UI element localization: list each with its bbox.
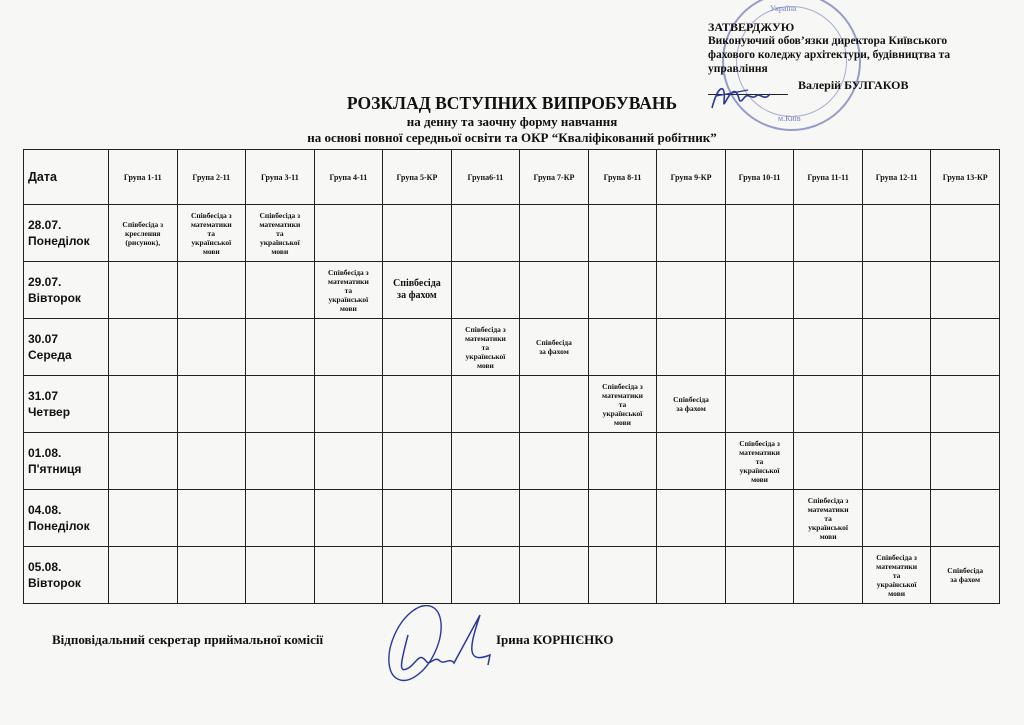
empty-cell — [794, 376, 863, 433]
empty-cell — [725, 490, 794, 547]
empty-cell — [862, 490, 931, 547]
empty-cell — [520, 490, 589, 547]
empty-cell — [588, 205, 657, 262]
exam-cell: Співбесіда з математики та української м… — [862, 547, 931, 604]
exam-cell: Співбесіда з математики та української м… — [177, 205, 246, 262]
column-header-group: Група 10-11 — [725, 150, 794, 205]
schedule-table: Дата Група 1-11Група 2-11Група 3-11Група… — [23, 149, 1000, 604]
column-header-date: Дата — [24, 150, 109, 205]
empty-cell — [177, 433, 246, 490]
column-header-group: Група 4-11 — [314, 150, 383, 205]
date-cell: 31.07 Четвер — [24, 376, 109, 433]
stamp-top-text: Україна — [770, 4, 796, 13]
empty-cell — [657, 490, 726, 547]
empty-cell — [794, 205, 863, 262]
empty-cell — [383, 433, 452, 490]
approval-position-line2: фахового коледжу архітектури, будівництв… — [708, 48, 1008, 62]
empty-cell — [657, 433, 726, 490]
empty-cell — [314, 376, 383, 433]
exam-cell: Співбесіда за фахом — [383, 262, 452, 319]
date-cell: 28.07. Понеділок — [24, 205, 109, 262]
empty-cell — [109, 376, 178, 433]
empty-cell — [177, 319, 246, 376]
exam-cell: Співбесіда з креслення (рисунок), — [109, 205, 178, 262]
column-header-group: Група 13-КР — [931, 150, 1000, 205]
column-header-group: Група 12-11 — [862, 150, 931, 205]
empty-cell — [862, 205, 931, 262]
empty-cell — [314, 547, 383, 604]
exam-cell: Співбесіда з математики та української м… — [451, 319, 520, 376]
exam-cell: Співбесіда з математики та української м… — [725, 433, 794, 490]
empty-cell — [177, 262, 246, 319]
empty-cell — [588, 490, 657, 547]
empty-cell — [109, 547, 178, 604]
exam-cell: Співбесіда з математики та української м… — [794, 490, 863, 547]
empty-cell — [931, 319, 1000, 376]
document-title: РОЗКЛАД ВСТУПНИХ ВИПРОБУВАНЬ — [0, 93, 1024, 114]
exam-cell: Співбесіда за фахом — [931, 547, 1000, 604]
empty-cell — [725, 262, 794, 319]
approval-block: ЗАТВЕРДЖУЮ Виконуючий обов’язки директор… — [708, 20, 1008, 76]
empty-cell — [314, 319, 383, 376]
table-row: 28.07. ПонеділокСпівбесіда з креслення (… — [24, 205, 1000, 262]
empty-cell — [725, 205, 794, 262]
empty-cell — [177, 547, 246, 604]
table-row: 01.08. П'ятницяСпівбесіда з математики т… — [24, 433, 1000, 490]
exam-cell: Співбесіда з математики та української м… — [588, 376, 657, 433]
empty-cell — [588, 262, 657, 319]
exam-cell: Співбесіда за фахом — [657, 376, 726, 433]
empty-cell — [451, 205, 520, 262]
table-header-row: Дата Група 1-11Група 2-11Група 3-11Група… — [24, 150, 1000, 205]
empty-cell — [725, 376, 794, 433]
empty-cell — [862, 376, 931, 433]
empty-cell — [177, 376, 246, 433]
empty-cell — [520, 547, 589, 604]
table-row: 30.07 СередаСпівбесіда з математики та у… — [24, 319, 1000, 376]
empty-cell — [588, 319, 657, 376]
column-header-group: Група 5-КР — [383, 150, 452, 205]
approval-heading: ЗАТВЕРДЖУЮ — [708, 20, 1008, 34]
empty-cell — [109, 433, 178, 490]
empty-cell — [246, 262, 315, 319]
empty-cell — [246, 376, 315, 433]
empty-cell — [383, 319, 452, 376]
empty-cell — [794, 547, 863, 604]
approval-position-line1: Виконуючий обов’язки директора Київськог… — [708, 34, 1008, 48]
empty-cell — [314, 205, 383, 262]
empty-cell — [451, 490, 520, 547]
document-subtitle-1: на денну та заочну форму навчання — [0, 114, 1024, 130]
column-header-group: Група 9-КР — [657, 150, 726, 205]
empty-cell — [451, 262, 520, 319]
column-header-group: Група 8-11 — [588, 150, 657, 205]
empty-cell — [931, 205, 1000, 262]
date-cell: 01.08. П'ятниця — [24, 433, 109, 490]
empty-cell — [520, 376, 589, 433]
column-header-group: Група 11-11 — [794, 150, 863, 205]
empty-cell — [862, 433, 931, 490]
empty-cell — [383, 490, 452, 547]
empty-cell — [794, 262, 863, 319]
empty-cell — [109, 319, 178, 376]
empty-cell — [177, 490, 246, 547]
empty-cell — [246, 547, 315, 604]
table-row: 04.08. ПонеділокСпівбесіда з математики … — [24, 490, 1000, 547]
empty-cell — [383, 376, 452, 433]
date-cell: 05.08. Вівторок — [24, 547, 109, 604]
empty-cell — [520, 205, 589, 262]
empty-cell — [657, 205, 726, 262]
exam-cell: Співбесіда з математики та української м… — [314, 262, 383, 319]
empty-cell — [794, 433, 863, 490]
document-subtitle-2: на основі повної середньої освіти та ОКР… — [0, 130, 1024, 146]
empty-cell — [314, 490, 383, 547]
empty-cell — [588, 433, 657, 490]
empty-cell — [931, 490, 1000, 547]
exam-cell: Співбесіда з математики та української м… — [246, 205, 315, 262]
empty-cell — [862, 262, 931, 319]
empty-cell — [451, 433, 520, 490]
empty-cell — [520, 433, 589, 490]
date-cell: 30.07 Середа — [24, 319, 109, 376]
empty-cell — [246, 433, 315, 490]
empty-cell — [451, 547, 520, 604]
exam-cell: Співбесіда за фахом — [520, 319, 589, 376]
empty-cell — [931, 376, 1000, 433]
column-header-group: Група 3-11 — [246, 150, 315, 205]
empty-cell — [109, 490, 178, 547]
empty-cell — [383, 205, 452, 262]
date-cell: 29.07. Вівторок — [24, 262, 109, 319]
empty-cell — [451, 376, 520, 433]
secretary-role: Відповідальний секретар приймальної комі… — [52, 632, 323, 648]
empty-cell — [657, 319, 726, 376]
empty-cell — [246, 319, 315, 376]
empty-cell — [520, 262, 589, 319]
date-cell: 04.08. Понеділок — [24, 490, 109, 547]
empty-cell — [657, 547, 726, 604]
secretary-signature — [370, 605, 510, 685]
empty-cell — [657, 262, 726, 319]
empty-cell — [725, 319, 794, 376]
column-header-group: Група 7-КР — [520, 150, 589, 205]
empty-cell — [862, 319, 931, 376]
column-header-group: Група6-11 — [451, 150, 520, 205]
empty-cell — [246, 490, 315, 547]
empty-cell — [794, 319, 863, 376]
secretary-name: Ірина КОРНІЄНКО — [496, 632, 614, 648]
approval-signatory: Валерій БУЛГАКОВ — [798, 78, 909, 92]
table-row: 05.08. ВівторокСпівбесіда з математики т… — [24, 547, 1000, 604]
approval-position-line3: управління — [708, 62, 1008, 76]
empty-cell — [588, 547, 657, 604]
empty-cell — [931, 262, 1000, 319]
empty-cell — [383, 547, 452, 604]
empty-cell — [725, 547, 794, 604]
table-row: 29.07. ВівторокСпівбесіда з математики т… — [24, 262, 1000, 319]
column-header-group: Група 2-11 — [177, 150, 246, 205]
empty-cell — [314, 433, 383, 490]
table-row: 31.07 ЧетверСпівбесіда з математики та у… — [24, 376, 1000, 433]
empty-cell — [931, 433, 1000, 490]
empty-cell — [109, 262, 178, 319]
column-header-group: Група 1-11 — [109, 150, 178, 205]
